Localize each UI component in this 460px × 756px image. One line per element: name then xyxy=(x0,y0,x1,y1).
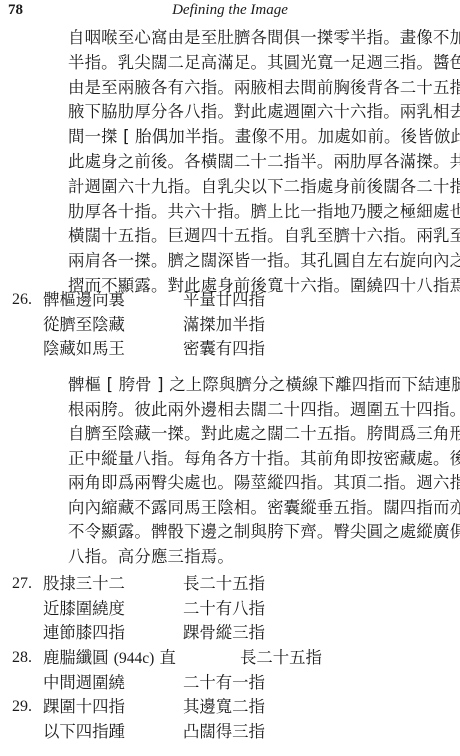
verse-left: 連節膝四指 xyxy=(43,621,125,646)
verse-left: 以下四指踵 xyxy=(43,720,125,745)
text-line: 不令顯露。髀骰下邊之制與胯下齊。臀尖圓之處縱廣俱 xyxy=(68,520,453,545)
verse-right: 滿搩加半指 xyxy=(183,313,265,338)
text-line: 計週圍六十九指。自乳尖以下二指處身前後闊各二十指。 xyxy=(68,175,453,200)
verse-right: 二十有一指 xyxy=(183,671,265,696)
verse-row: 連節膝四指 踝骨縱三指 xyxy=(0,621,460,646)
text-line: 根兩胯。彼此兩外邊相去闊二十四指。週圍五十四指。 xyxy=(68,398,453,423)
verse-item-27: 27. 股捸三十二 長二十五指 近膝圍繞度 二十有八指 連節膝四指 踝骨縱三指 xyxy=(0,572,460,646)
text-line: 橫闊十五指。巨週四十五指。自乳至臍十六指。兩乳至 xyxy=(68,224,453,249)
verse-row: 29. 踝圍十四指 其邊寬二指 xyxy=(0,695,460,720)
text-line: 間一搩 [ 胎偶加半指。畫像不用。加處如前。後皆倣此 ]。 xyxy=(68,125,453,150)
verse-left: 踝圍十四指 xyxy=(43,695,125,720)
verse-right: 凸闊得三指 xyxy=(183,720,265,745)
verse-left: 陰藏如馬王 xyxy=(43,337,125,362)
item-number: 29. xyxy=(12,695,32,720)
running-head: Defining the Image xyxy=(0,2,460,19)
verse-left: 股捸三十二 xyxy=(43,572,125,597)
verse-right: 長二十五指 xyxy=(240,646,322,671)
verse-right: 踝骨縱三指 xyxy=(183,621,265,646)
verse-left: 髀樞邊向裏 xyxy=(43,288,125,313)
text-line: 自臍至陰藏一搩。對此處之闊二十五指。胯間爲三角形。 xyxy=(68,422,453,447)
verse-row: 近膝圍繞度 二十有八指 xyxy=(0,597,460,622)
paragraph-1: 自咽喉至心窩由是至肚臍各間俱一搩零半指。畫像不加 半指。乳尖闊二足高滿足。其圓光… xyxy=(68,26,453,299)
verse-right: 平量廿四指 xyxy=(183,288,265,313)
item-number: 28. xyxy=(12,646,32,671)
verse-right: 二十有八指 xyxy=(183,597,265,622)
verse-left: 近膝圍繞度 xyxy=(43,597,125,622)
verse-left: 鹿腨纖圓 (944c) 直 xyxy=(43,646,176,672)
verse-left-text: 直 xyxy=(154,648,176,667)
verse-right: 密囊有四指 xyxy=(183,337,265,362)
verse-left: 中間週圍繞 xyxy=(43,671,125,696)
text-line: 由是至兩腋各有六指。兩腋相去間前胸後背各二十五指。 xyxy=(68,76,453,101)
text-line: 此處身之前後。各橫闊二十二指半。兩肋厚各滿搩。共 xyxy=(68,150,453,175)
verse-item-28: 28. 鹿腨纖圓 (944c) 直 長二十五指 中間週圍繞 二十有一指 xyxy=(0,646,460,695)
verse-right: 其邊寬二指 xyxy=(183,695,265,720)
item-number: 27. xyxy=(12,572,32,597)
item-number: 26. xyxy=(12,288,32,313)
verse-item-26: 26. 髀樞邊向裏 平量廿四指 從臍至陰藏 滿搩加半指 陰藏如馬王 密囊有四指 xyxy=(0,288,460,362)
text-line: 兩角即爲兩臀尖處也。陽莖縱四指。其頂二指。週六指。 xyxy=(68,471,453,496)
text-line: 自咽喉至心窩由是至肚臍各間俱一搩零半指。畫像不加 xyxy=(68,26,453,51)
verse-left: 從臍至陰藏 xyxy=(43,313,125,338)
text-line: 肋厚各十指。共六十指。臍上比一指地乃腰之極細處也。 xyxy=(68,200,453,225)
page-reference: (944c) xyxy=(114,650,154,667)
verse-left-text: 鹿腨纖圓 xyxy=(43,648,114,667)
verse-right: 長二十五指 xyxy=(183,572,265,597)
text-line: 兩肩各一搩。臍之闊深皆一指。其孔圓自左右旋向內之 xyxy=(68,249,453,274)
verse-row: 中間週圍繞 二十有一指 xyxy=(0,671,460,696)
verse-item-29: 29. 踝圍十四指 其邊寬二指 以下四指踵 凸闊得三指 xyxy=(0,695,460,744)
text-line: 向內縮藏不露同馬王陰相。密囊縱垂五指。闊四指而亦 xyxy=(68,496,453,521)
text-line: 半指。乳尖闊二足高滿足。其圓光寬一足週三指。醬色。 xyxy=(68,51,453,76)
verse-row: 27. 股捸三十二 長二十五指 xyxy=(0,572,460,597)
text-line: 正中縱量八指。每角各方十指。其前角即按密藏處。後 xyxy=(68,447,453,472)
verse-row: 以下四指踵 凸闊得三指 xyxy=(0,720,460,745)
verse-row: 從臍至陰藏 滿搩加半指 xyxy=(0,313,460,338)
verse-row: 26. 髀樞邊向裏 平量廿四指 xyxy=(0,288,460,313)
paragraph-2: 髀樞 [ 胯骨 ] 之上際與臍分之橫線下離四指而下結連腿 根兩胯。彼此兩外邊相去… xyxy=(68,373,453,569)
text-line: 腋下脇肋厚分各八指。對此處週圍六十六指。兩乳相去 xyxy=(68,100,453,125)
text-line: 八指。高分應三指焉。 xyxy=(68,545,453,570)
verse-row: 28. 鹿腨纖圓 (944c) 直 長二十五指 xyxy=(0,646,460,671)
text-line: 髀樞 [ 胯骨 ] 之上際與臍分之橫線下離四指而下結連腿 xyxy=(68,373,453,398)
verse-row: 陰藏如馬王 密囊有四指 xyxy=(0,337,460,362)
